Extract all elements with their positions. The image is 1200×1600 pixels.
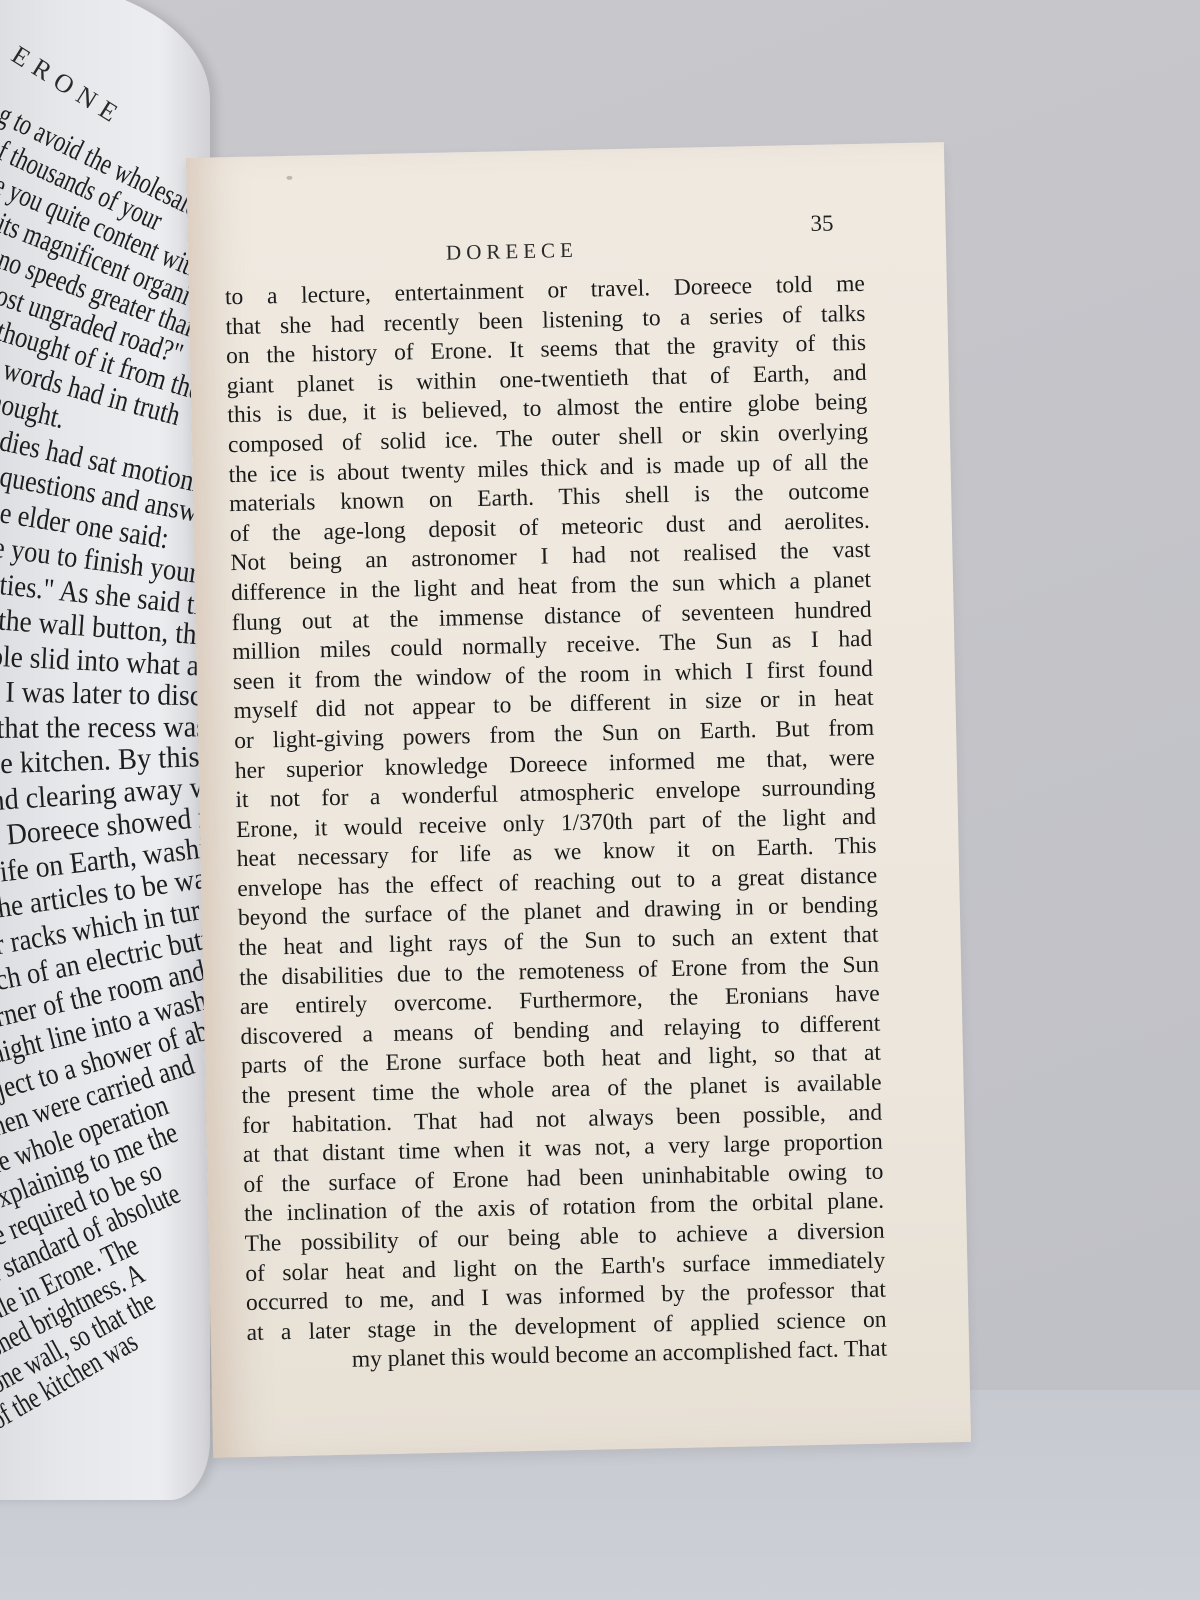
right-page: 35 DOREECE to a lecture, entertainment o… (186, 142, 971, 1458)
left-page: ERONE ng to avoid the wholesaleof thousa… (0, 0, 210, 1500)
right-page-text: to a lecture, entertainment or travel. D… (225, 270, 888, 1378)
page-number: 35 (810, 210, 834, 236)
page-mark (286, 176, 292, 180)
left-page-text: ng to avoid the wholesaleof thousands of… (0, 90, 210, 1441)
right-running-head: DOREECE (446, 238, 578, 266)
